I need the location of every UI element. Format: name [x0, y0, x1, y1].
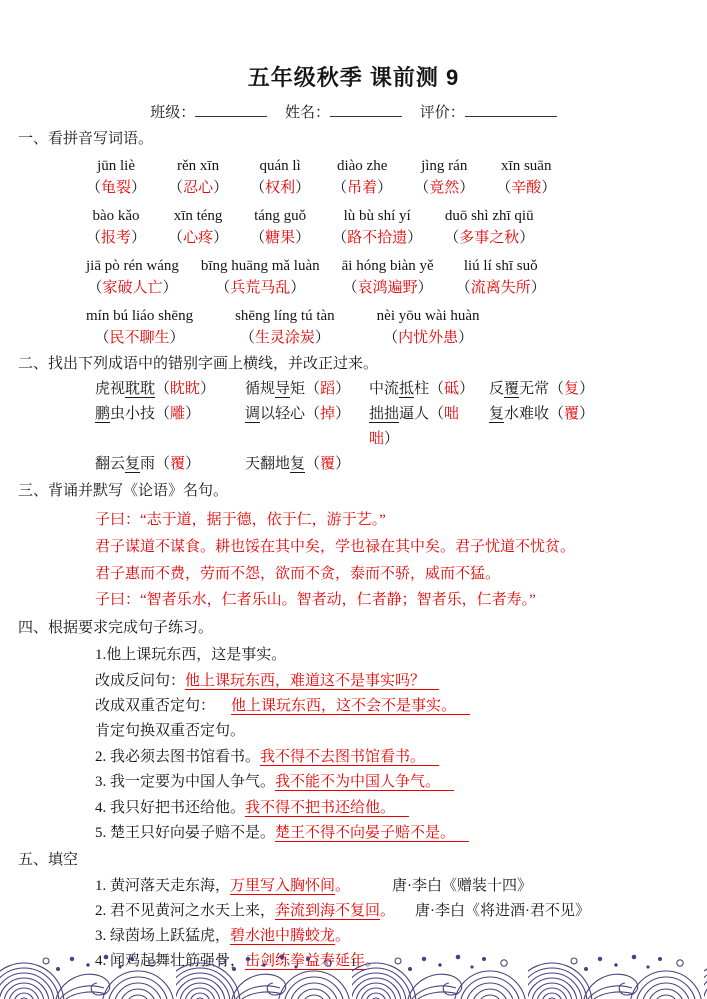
wrong-character: 鹏 — [95, 406, 110, 423]
open-paren: （ — [155, 456, 170, 472]
pinyin-word-rows: jūn liè（龟裂）rěn xīn（忍心）quán lì（权利）diào zh… — [86, 156, 707, 350]
score-blank — [465, 103, 557, 117]
idiom-suffix: 矩 — [290, 381, 305, 397]
wrong-character: 调 — [245, 406, 260, 423]
correction-character: 蹈 — [320, 381, 335, 397]
answer-text: （竟然） — [414, 177, 474, 200]
open-paren: （ — [383, 330, 398, 346]
correction-character: 覆 — [320, 456, 335, 472]
pinyin-text: táng guǒ — [250, 206, 310, 227]
word-item: rěn xīn（忍心） — [168, 156, 228, 200]
word-item: āi hóng biàn yě（哀鸿遍野） — [342, 256, 434, 300]
idiom-suffix: 逼人 — [399, 406, 429, 422]
prompt-text: 肯定句换双重否定句。 — [95, 723, 245, 739]
close-paren: ） — [579, 381, 594, 397]
word-item: shēng líng tú tàn（生灵涂炭） — [235, 306, 335, 350]
prompt-text: 2. 我必须去图书馆看书。 — [95, 749, 260, 765]
name-field: 姓名： — [285, 105, 402, 121]
fill-answer: 奔流到海不复回 — [275, 903, 380, 920]
open-paren: （ — [168, 180, 183, 196]
prompt-text: 3. 我一定要为中国人争气。 — [95, 774, 275, 790]
close-paren: ） — [335, 406, 350, 422]
idiom-suffix: 无常 — [519, 381, 549, 397]
pinyin-text: quán lì — [250, 156, 310, 177]
pinyin-text: jìng rán — [414, 156, 474, 177]
open-paren: （ — [250, 180, 265, 196]
fill-answer-period: 。 — [380, 903, 395, 919]
answer-word: 哀鸿遍野 — [358, 280, 418, 296]
pinyin-text: nèi yōu wài huàn — [377, 306, 480, 327]
open-paren: （ — [444, 230, 459, 246]
pinyin-answer-row: jiā pò rén wáng（家破人亡）bīng huāng mǎ luàn（… — [86, 256, 707, 300]
score-field: 评价： — [420, 105, 557, 121]
close-paren: ） — [131, 180, 146, 196]
close-paren: ） — [315, 330, 330, 346]
wrong-character: 覆 — [504, 381, 519, 398]
answer-text: （糖果） — [250, 227, 310, 250]
close-paren: ） — [459, 180, 474, 196]
answer-text: （内忧外患） — [377, 327, 480, 350]
wave-border-decoration — [0, 949, 707, 999]
close-paren: ） — [384, 431, 399, 447]
pinyin-text: mín bú liáo shēng — [86, 306, 193, 327]
pinyin-text: bào kǎo — [86, 206, 146, 227]
open-paren: （ — [86, 230, 101, 246]
pinyin-text: jiā pò rén wáng — [86, 256, 179, 277]
word-item: mín bú liáo shēng（民不聊生） — [86, 306, 193, 350]
idiom-item: 循规导矩（蹈） — [245, 377, 369, 402]
idiom-row: 虎视耽耽（眈眈）循规导矩（蹈）中流抵柱（砥）反覆无常（复） — [95, 377, 707, 402]
correction-character: 复 — [564, 381, 579, 397]
word-item: xīn suān（辛酸） — [496, 156, 556, 200]
sentence-line: 5. 楚王只好向晏子赔不是。楚王不得不向晏子赔不是。 — [95, 821, 707, 846]
idiom-suffix: 虫小技 — [110, 406, 155, 422]
idiom-prefix: 翻云 — [95, 456, 125, 472]
answer-word: 权利 — [265, 180, 295, 196]
class-blank — [195, 103, 267, 117]
open-paren: （ — [95, 330, 110, 346]
sentence-line: 4. 我只好把书还给他。我不得不把书还给他。 — [95, 796, 707, 821]
fill-line: 1. 黄河落天走东海，万里写入胸怀间。唐·李白《赠装十四》 — [95, 874, 707, 899]
worksheet-page: 五年级秋季 课前测 9 班级： 姓名： 评价： 一、看拼音写词语。 jūn li… — [0, 0, 707, 999]
answer-word: 竟然 — [429, 180, 459, 196]
answer-word: 流离失所 — [471, 280, 531, 296]
idiom-item: 反覆无常（复） — [489, 377, 707, 402]
idiom-item: 虎视耽耽（眈眈） — [95, 377, 245, 402]
pinyin-answer-row: jūn liè（龟裂）rěn xīn（忍心）quán lì（权利）diào zh… — [86, 156, 707, 200]
correction-character: 眈眈 — [170, 381, 200, 397]
answer-text: （路不拾遗） — [332, 227, 422, 250]
prompt-text: 4. 我只好把书还给他。 — [95, 800, 245, 816]
open-paren: （ — [168, 230, 183, 246]
close-paren: ） — [377, 180, 392, 196]
answer-word: 路不拾遗 — [347, 230, 407, 246]
fill-answer-period: 。 — [335, 878, 350, 894]
open-paren: （ — [332, 180, 347, 196]
answer-word: 多事之秋 — [459, 230, 519, 246]
prompt-text: 1.他上课玩东西，这是事实。 — [95, 647, 286, 663]
idiom-suffix: 水难收 — [504, 406, 549, 422]
pinyin-text: bīng huāng mǎ luàn — [201, 256, 320, 277]
pinyin-text: jūn liè — [86, 156, 146, 177]
close-paren: ） — [295, 180, 310, 196]
close-paren: ） — [185, 406, 200, 422]
close-paren: ） — [335, 381, 350, 397]
answer-sentence: 他上课玩东西，难道这不是事实吗？ — [185, 673, 439, 690]
close-paren: ） — [541, 180, 556, 196]
page-title: 五年级秋季 课前测 9 — [0, 0, 707, 92]
answer-word: 忍心 — [183, 180, 213, 196]
answer-text: （吊着） — [332, 177, 392, 200]
wrong-character: 复 — [489, 406, 504, 423]
answer-sentence: 我不得不把书还给他。 — [245, 800, 409, 817]
open-paren: （ — [496, 180, 511, 196]
pinyin-text: lù bù shí yí — [332, 206, 422, 227]
name-blank — [330, 103, 402, 117]
answer-word: 糖果 — [265, 230, 295, 246]
answer-text: （权利） — [250, 177, 310, 200]
analects-quote: 君子惠而不费，劳而不怨，欲而不贪，泰而不骄，威而不猛。 — [95, 561, 707, 588]
answer-text: （流离失所） — [456, 277, 546, 300]
answer-text: （辛酸） — [496, 177, 556, 200]
answer-word: 报考 — [101, 230, 131, 246]
line-start-text: 1. 黄河落天走东海， — [95, 878, 230, 894]
idiom-prefix: 循规 — [245, 381, 275, 397]
open-paren: （ — [155, 406, 170, 422]
word-item: liú lí shī suǒ（流离失所） — [456, 256, 546, 300]
fill-answer: 碧水池中腾蛟龙 — [230, 928, 335, 945]
word-item: duō shì zhī qiū（多事之秋） — [444, 206, 534, 250]
close-paren: ） — [185, 456, 200, 472]
sentence-lines: 1.他上课玩东西，这是事实。改成反问句：他上课玩东西，难道这不是事实吗？改成双重… — [95, 643, 707, 846]
answer-text: （报考） — [86, 227, 146, 250]
correction-character: 雕 — [170, 406, 185, 422]
pinyin-text: shēng líng tú tàn — [235, 306, 335, 327]
idiom-prefix: 反 — [489, 381, 504, 397]
idiom-row: 翻云复雨（覆）天翻地复（覆） — [95, 452, 707, 477]
pinyin-text: diào zhe — [332, 156, 392, 177]
close-paren: ） — [213, 180, 228, 196]
open-paren: （ — [305, 406, 320, 422]
wrong-character: 复 — [290, 456, 305, 473]
section5-heading: 五、填空 — [18, 849, 707, 871]
close-paren: ） — [579, 406, 594, 422]
analects-quote: 君子谋道不谋食。耕也馁在其中矣，学也禄在其中矣。君子忧道不忧贫。 — [95, 534, 707, 561]
idiom-prefix: 虎视 — [95, 381, 125, 397]
answer-text: （家破人亡） — [86, 277, 179, 300]
open-paren: （ — [414, 180, 429, 196]
open-paren: （ — [250, 230, 265, 246]
answer-word: 吊着 — [347, 180, 377, 196]
open-paren: （ — [305, 381, 320, 397]
analects-quotes: 子曰：“志于道，据于德，依于仁，游于艺。”君子谋道不谋食。耕也馁在其中矣，学也禄… — [95, 507, 707, 614]
idiom-suffix: 雨 — [140, 456, 155, 472]
word-item: táng guǒ（糖果） — [250, 206, 310, 250]
open-paren: （ — [305, 456, 320, 472]
close-paren: ） — [295, 230, 310, 246]
open-paren: （ — [332, 230, 347, 246]
close-paren: ） — [458, 330, 473, 346]
word-item: nèi yōu wài huàn（内忧外患） — [377, 306, 480, 350]
answer-text: （生灵涂炭） — [235, 327, 335, 350]
pinyin-text: āi hóng biàn yě — [342, 256, 434, 277]
wrong-character: 拙拙 — [369, 406, 399, 423]
idiom-item: 翻云复雨（覆） — [95, 452, 245, 477]
analects-quote: 子曰：“志于道，据于德，依于仁，游于艺。” — [95, 507, 707, 534]
pinyin-text: rěn xīn — [168, 156, 228, 177]
sentence-line: 改成反问句：他上课玩东西，难道这不是事实吗？ — [95, 669, 707, 694]
open-paren: （ — [549, 381, 564, 397]
section-pinyin-words: 一、看拼音写词语。 jūn liè（龟裂）rěn xīn（忍心）quán lì（… — [0, 128, 707, 350]
open-paren: （ — [456, 280, 471, 296]
answer-word: 内忧外患 — [398, 330, 458, 346]
close-paren: ） — [418, 280, 433, 296]
answer-sentence: 他上课玩东西，这不会不是事实。 — [231, 698, 470, 715]
close-paren: ） — [200, 381, 215, 397]
section4-heading: 四、根据要求完成句子练习。 — [18, 617, 707, 639]
name-label: 姓名： — [285, 105, 330, 121]
answer-word: 家破人亡 — [102, 280, 162, 296]
correction-character: 掉 — [320, 406, 335, 422]
score-label: 评价： — [420, 105, 465, 121]
fill-line: 2. 君不见黄河之水天上来，奔流到海不复回。唐·李白《将进酒·君不见》 — [95, 899, 707, 924]
prompt-text: 改成双重否定句： — [95, 698, 215, 714]
close-paren: ） — [335, 456, 350, 472]
word-item: lù bù shí yí（路不拾遗） — [332, 206, 422, 250]
answer-word: 兵荒马乱 — [230, 280, 290, 296]
idiom-item: 拙拙逼人（咄咄） — [369, 402, 489, 452]
idiom-item: 鹏虫小技（雕） — [95, 402, 245, 452]
pinyin-text: xīn suān — [496, 156, 556, 177]
open-paren: （ — [240, 330, 255, 346]
fill-answer: 万里写入胸怀间 — [230, 878, 335, 895]
answer-text: （兵荒马乱） — [201, 277, 320, 300]
wrong-character: 耽耽 — [125, 381, 155, 398]
answer-word: 辛酸 — [511, 180, 541, 196]
answer-text: （哀鸿遍野） — [342, 277, 434, 300]
word-item: bīng huāng mǎ luàn（兵荒马乱） — [201, 256, 320, 300]
pinyin-text: duō shì zhī qiū — [444, 206, 534, 227]
line-start-text: 2. 君不见黄河之水天上来， — [95, 903, 275, 919]
open-paren: （ — [429, 406, 444, 422]
wrong-character: 抵 — [399, 381, 414, 398]
answer-word: 心疼 — [183, 230, 213, 246]
open-paren: （ — [87, 280, 102, 296]
close-paren: ） — [531, 280, 546, 296]
section-wrong-characters: 二、找出下列成语中的错别字画上横线，并改正过来。 虎视耽耽（眈眈）循规导矩（蹈）… — [0, 353, 707, 477]
wrong-character: 导 — [275, 381, 290, 398]
word-item: quán lì（权利） — [250, 156, 310, 200]
section-sentence-exercise: 四、根据要求完成句子练习。 1.他上课玩东西，这是事实。改成反问句：他上课玩东西… — [0, 617, 707, 846]
prompt-text: 改成反问句： — [95, 673, 185, 689]
poem-attribution: 唐·李白《赠装十四》 — [392, 878, 532, 894]
answer-text: （心疼） — [168, 227, 228, 250]
section-analects: 三、背诵并默写《论语》名句。 子曰：“志于道，据于德，依于仁，游于艺。”君子谋道… — [0, 480, 707, 614]
pinyin-text: xīn téng — [168, 206, 228, 227]
analects-quote: 子曰：“智者乐水，仁者乐山。智者动，仁者静；智者乐，仁者寿。” — [95, 587, 707, 614]
word-item: diào zhe（吊着） — [332, 156, 392, 200]
idiom-suffix: 柱 — [414, 381, 429, 397]
open-paren: （ — [86, 180, 101, 196]
word-item: xīn téng（心疼） — [168, 206, 228, 250]
correction-character: 覆 — [564, 406, 579, 422]
word-item: bào kǎo（报考） — [86, 206, 146, 250]
wrong-character: 复 — [125, 456, 140, 473]
sentence-line: 2. 我必须去图书馆看书。我不得不去图书馆看书。 — [95, 745, 707, 770]
answer-sentence: 我不能不为中国人争气。 — [275, 774, 454, 791]
sentence-line: 改成双重否定句：他上课玩东西，这不会不是事实。 — [95, 694, 707, 719]
close-paren: ） — [519, 230, 534, 246]
correction-character: 覆 — [170, 456, 185, 472]
fill-line: 3. 绿茵场上跃猛虎，碧水池中腾蛟龙。 — [95, 924, 707, 949]
answer-text: （忍心） — [168, 177, 228, 200]
answer-word: 生灵涂炭 — [255, 330, 315, 346]
prompt-text: 5. 楚王只好向晏子赔不是。 — [95, 825, 275, 841]
open-paren: （ — [549, 406, 564, 422]
sentence-line: 肯定句换双重否定句。 — [95, 719, 707, 744]
answer-word: 龟裂 — [101, 180, 131, 196]
close-paren: ） — [131, 230, 146, 246]
sentence-line: 3. 我一定要为中国人争气。我不能不为中国人争气。 — [95, 770, 707, 795]
idiom-prefix: 中流 — [369, 381, 399, 397]
open-paren: （ — [155, 381, 170, 397]
open-paren: （ — [429, 381, 444, 397]
answer-sentence: 我不得不去图书馆看书。 — [260, 749, 439, 766]
close-paren: ） — [170, 330, 185, 346]
poem-attribution: 唐·李白《将进酒·君不见》 — [415, 903, 590, 919]
open-paren: （ — [343, 280, 358, 296]
answer-text: （龟裂） — [86, 177, 146, 200]
line-start-text: 3. 绿茵场上跃猛虎， — [95, 928, 230, 944]
section3-heading: 三、背诵并默写《论语》名句。 — [18, 480, 707, 502]
pinyin-answer-row: bào kǎo（报考）xīn téng（心疼）táng guǒ（糖果）lù bù… — [86, 206, 707, 250]
close-paren: ） — [290, 280, 305, 296]
word-item: jiā pò rén wáng（家破人亡） — [86, 256, 179, 300]
close-paren: ） — [213, 230, 228, 246]
idiom-item: 调以轻心（掉） — [245, 402, 369, 452]
pinyin-answer-row: mín bú liáo shēng（民不聊生）shēng líng tú tàn… — [86, 306, 707, 350]
close-paren: ） — [407, 230, 422, 246]
idiom-rows: 虎视耽耽（眈眈）循规导矩（蹈）中流抵柱（砥）反覆无常（复）鹏虫小技（雕）调以轻心… — [95, 377, 707, 477]
close-paren: ） — [162, 280, 177, 296]
idiom-suffix: 以轻心 — [260, 406, 305, 422]
word-item: jìng rán（竟然） — [414, 156, 474, 200]
class-label: 班级： — [150, 105, 195, 121]
open-paren: （ — [215, 280, 230, 296]
fill-answer-period: 。 — [335, 928, 350, 944]
header-fields: 班级： 姓名： 评价： — [0, 102, 707, 124]
idiom-item: 复水难收（覆） — [489, 402, 707, 452]
idiom-item: 天翻地复（覆） — [245, 452, 369, 477]
close-paren: ） — [459, 381, 474, 397]
pinyin-text: liú lí shī suǒ — [456, 256, 546, 277]
idiom-prefix: 天翻地 — [245, 456, 290, 472]
correction-character: 砥 — [444, 381, 459, 397]
answer-word: 民不聊生 — [110, 330, 170, 346]
answer-text: （多事之秋） — [444, 227, 534, 250]
section2-heading: 二、找出下列成语中的错别字画上横线，并改正过来。 — [18, 353, 707, 375]
idiom-row: 鹏虫小技（雕）调以轻心（掉）拙拙逼人（咄咄）复水难收（覆） — [95, 402, 707, 452]
sentence-line: 1.他上课玩东西，这是事实。 — [95, 643, 707, 668]
class-field: 班级： — [150, 105, 267, 121]
word-item: jūn liè（龟裂） — [86, 156, 146, 200]
answer-sentence: 楚王不得不向晏子赔不是。 — [275, 825, 469, 842]
idiom-item: 中流抵柱（砥） — [369, 377, 489, 402]
section1-heading: 一、看拼音写词语。 — [18, 128, 707, 150]
answer-text: （民不聊生） — [86, 327, 193, 350]
